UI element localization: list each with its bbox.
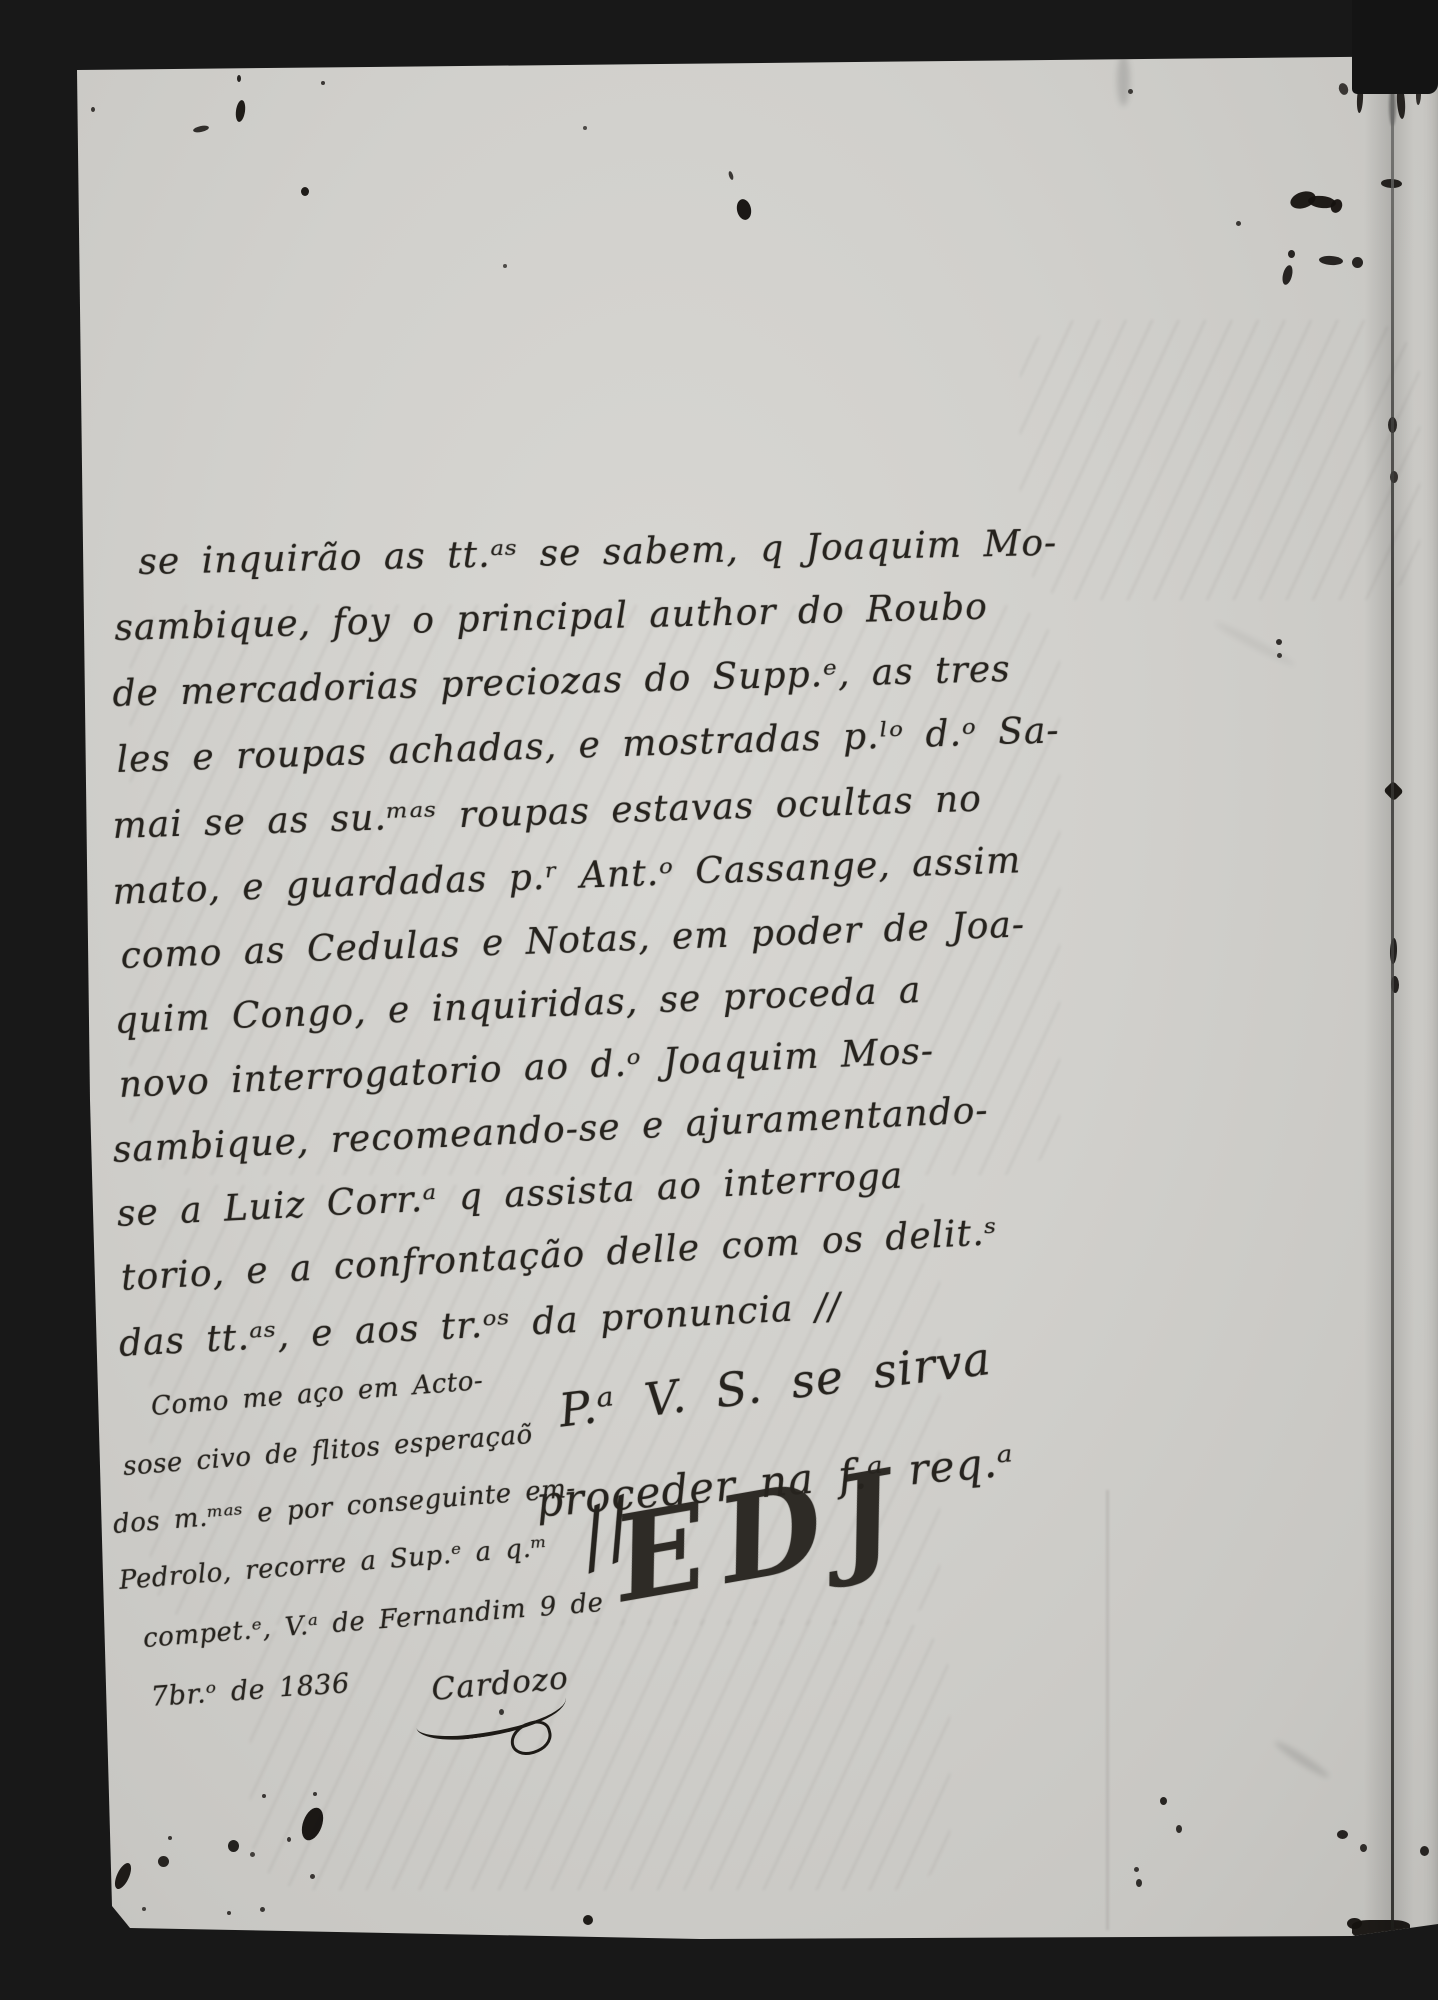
ink-stain xyxy=(237,75,241,82)
ink-stain xyxy=(262,1794,266,1798)
ink-stain xyxy=(287,1837,291,1842)
ink-stain xyxy=(112,1861,135,1891)
scanned-document-photo: se inquirão as tt.ᵃˢ se sabem, q Joaquim… xyxy=(0,0,1438,2000)
ink-stain xyxy=(228,1840,239,1852)
fold-shadow xyxy=(1352,88,1391,1930)
page-fold-line xyxy=(1391,86,1394,1932)
ink-stain xyxy=(1319,255,1344,266)
ink-stain xyxy=(158,1856,169,1867)
ink-stain xyxy=(1288,250,1295,258)
ink-stain xyxy=(193,124,210,133)
ink-stain xyxy=(1176,1825,1182,1833)
ink-stain xyxy=(499,1709,504,1715)
adjacent-page-strip-shade xyxy=(1394,88,1438,1928)
ink-stain xyxy=(313,1792,317,1796)
ink-stain xyxy=(1276,639,1282,645)
manuscript-page: se inquirão as tt.ᵃˢ se sabem, q Joaquim… xyxy=(0,0,1438,2000)
ink-stain xyxy=(1213,619,1296,668)
ink-stain xyxy=(1337,1830,1348,1839)
ghost-writing-texture xyxy=(250,1620,950,1890)
ink-stain xyxy=(321,81,325,85)
ink-stain xyxy=(503,264,507,268)
ink-stain xyxy=(583,1915,593,1925)
ink-stain xyxy=(168,1836,172,1840)
ink-stain xyxy=(142,1907,146,1911)
ink-stain xyxy=(735,198,753,221)
ink-stain xyxy=(310,1874,315,1879)
ink-stain xyxy=(301,187,309,196)
ink-stain xyxy=(1236,221,1241,226)
ink-stain xyxy=(260,1907,265,1912)
ink-stain xyxy=(1273,1738,1332,1780)
ink-stain xyxy=(1281,264,1295,286)
ink-stain xyxy=(227,1911,231,1915)
handwriting-line: se inquirão as tt.ᵃˢ se sabem, q Joaquim… xyxy=(138,523,1058,583)
ink-stain xyxy=(1136,1879,1142,1887)
ink-stain xyxy=(728,171,735,181)
ink-stain xyxy=(1134,1867,1139,1872)
ink-stain xyxy=(1337,82,1350,96)
ink-stain xyxy=(250,1852,255,1857)
binding-gap-notch xyxy=(1352,0,1438,94)
ink-stain xyxy=(583,126,587,130)
ink-stain xyxy=(235,99,247,122)
ink-stain xyxy=(1117,54,1130,106)
ink-stain xyxy=(1160,1797,1167,1805)
ink-stain xyxy=(91,107,95,112)
paper-crease xyxy=(1106,1490,1109,1930)
